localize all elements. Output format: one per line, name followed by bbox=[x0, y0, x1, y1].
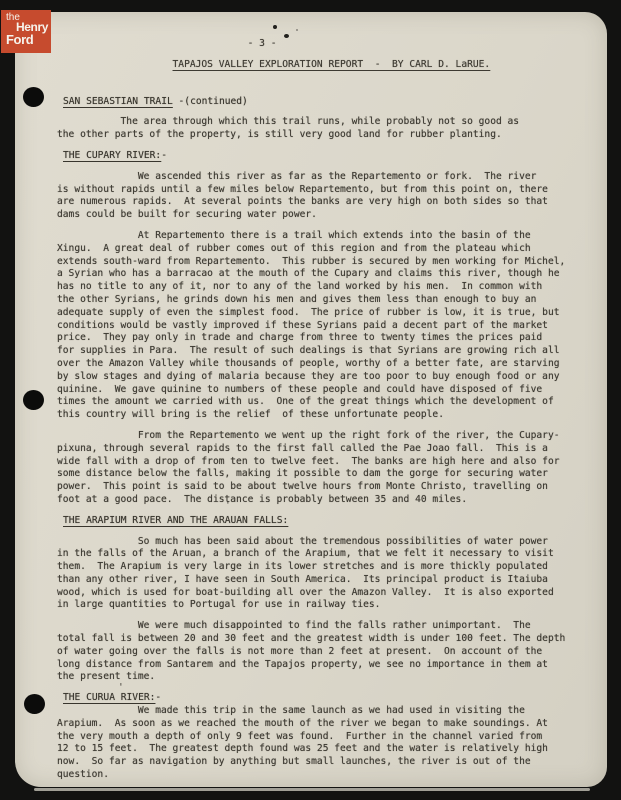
document-page: - 3 - TAPAJOS VALLEY EXPLORATION REPORT … bbox=[15, 12, 607, 787]
ink-speck bbox=[296, 29, 298, 31]
logo-text-ford: Ford bbox=[6, 32, 33, 47]
text-line: wood, which is used for boat-building al… bbox=[57, 587, 597, 600]
text-line: power. This point is said to be about tw… bbox=[57, 481, 597, 494]
text-line: pixuna, through several rapids to the fi… bbox=[57, 443, 597, 456]
text-line: are numerous rapids. At several points t… bbox=[57, 196, 597, 209]
scan-background: - 3 - TAPAJOS VALLEY EXPLORATION REPORT … bbox=[0, 0, 621, 800]
document-content: - 3 - TAPAJOS VALLEY EXPLORATION REPORT … bbox=[57, 38, 597, 782]
text-line: them. The Arapium is very large in its l… bbox=[57, 561, 597, 574]
text-line: the other parts of the property, is stil… bbox=[57, 129, 597, 142]
sheet-bottom-edge bbox=[34, 788, 590, 791]
text-line: than any other river, I have seen in Sou… bbox=[57, 574, 597, 587]
text-line: quinine. We gave quinine to numbers of t… bbox=[57, 384, 597, 397]
paragraph: We ascended this river as far as the Rep… bbox=[57, 171, 597, 222]
section-heading-the-cupary-river: THE CUPARY RIVER:- bbox=[63, 150, 597, 163]
text-line: question. bbox=[57, 769, 597, 782]
text-line: this country will bring is the relief of… bbox=[57, 409, 597, 422]
text-line: has no title to any of it, nor to any of… bbox=[57, 281, 597, 294]
text-line: At Repartemento there is a trail which e… bbox=[57, 230, 597, 243]
text-line: From the Repartemento we went up the rig… bbox=[57, 430, 597, 443]
text-line: in the falls of the Aruan, a branch of t… bbox=[57, 548, 597, 561]
text-line: in large quantities to Portugal for use … bbox=[57, 599, 597, 612]
punch-hole-middle bbox=[23, 390, 44, 410]
text-line: by slow stages and dying of malaria beca… bbox=[57, 371, 597, 384]
text-line: of water going over the falls is not mor… bbox=[57, 646, 597, 659]
text-line: now. So far as navigation by anything bu… bbox=[57, 756, 597, 769]
text-line: We were much disappointed to find the fa… bbox=[57, 620, 597, 633]
paragraph: We were much disappointed to find the fa… bbox=[57, 620, 597, 684]
text-line: the other Syrians, he grinds down his me… bbox=[57, 294, 597, 307]
paragraph: We made this trip in the same launch as … bbox=[57, 705, 597, 782]
text-line: adequate supply of even the simplest foo… bbox=[57, 307, 597, 320]
paragraph: The area through which this trail runs, … bbox=[57, 116, 597, 142]
text-line: over the Amazon Valley while thousands o… bbox=[57, 358, 597, 371]
text-line: foot at a good pace. The distance is pro… bbox=[57, 494, 597, 507]
section-heading-san-sebastian-trail: SAN SEBASTIAN TRAIL -(continued) bbox=[63, 96, 597, 109]
paragraph: At Repartemento there is a trail which e… bbox=[57, 230, 597, 422]
ink-speck bbox=[273, 25, 277, 29]
ink-speck bbox=[284, 34, 289, 38]
text-line: The area through which this trail runs, … bbox=[57, 116, 597, 129]
text-line: 12 to 15 feet. The greatest depth found … bbox=[57, 743, 597, 756]
text-line: dams could be built for securing water p… bbox=[57, 209, 597, 222]
text-line: for supplies in Para. The result of such… bbox=[57, 345, 597, 358]
stray-typewriter-mark: ' bbox=[225, 500, 231, 511]
text-line: Arapium. As soon as we reached the mouth… bbox=[57, 718, 597, 731]
text-line: price. They pay only in trade and charge… bbox=[57, 332, 597, 345]
section-heading-the-curua-river: THE CURUA RIVER:- bbox=[63, 692, 597, 705]
stray-typewriter-mark: ' bbox=[118, 682, 124, 693]
text-line: Xingu. A great deal of rubber comes out … bbox=[57, 243, 597, 256]
text-line: long distance from Santarem and the Tapa… bbox=[57, 659, 597, 672]
paragraph: From the Repartemento we went up the rig… bbox=[57, 430, 597, 507]
text-line: wide fall with a drop of from ten to twe… bbox=[57, 456, 597, 469]
text-line: some distance below the falls, making it… bbox=[57, 468, 597, 481]
henry-ford-logo: the Henry Ford bbox=[1, 10, 51, 53]
text-line: is without rapids until a few miles belo… bbox=[57, 184, 597, 197]
text-line: We made this trip in the same launch as … bbox=[57, 705, 597, 718]
text-line: a Syrian who has a barracao at the mouth… bbox=[57, 268, 597, 281]
text-line: extends south-ward from Repartemento. Th… bbox=[57, 256, 597, 269]
text-line: So much has been said about the tremendo… bbox=[57, 536, 597, 549]
text-line: the present time. bbox=[57, 671, 597, 684]
punch-hole-top bbox=[23, 87, 44, 107]
section-heading-the-arapium-river-and-the-arauan-falls: THE ARAPIUM RIVER AND THE ARAUAN FALLS: bbox=[63, 515, 597, 528]
text-line: We ascended this river as far as the Rep… bbox=[57, 171, 597, 184]
text-line: the very mouth a depth of only 9 feet wa… bbox=[57, 731, 597, 744]
punch-hole-bottom bbox=[24, 694, 45, 714]
paragraph: So much has been said about the tremendo… bbox=[57, 536, 597, 613]
text-line: conditions would be vastly improved if t… bbox=[57, 320, 597, 333]
text-line: total fall is between 20 and 30 feet and… bbox=[57, 633, 597, 646]
report-title: TAPAJOS VALLEY EXPLORATION REPORT - BY C… bbox=[57, 59, 597, 72]
page-number: - 3 - bbox=[57, 38, 597, 51]
text-line: times the amount we carried with us. One… bbox=[57, 396, 597, 409]
